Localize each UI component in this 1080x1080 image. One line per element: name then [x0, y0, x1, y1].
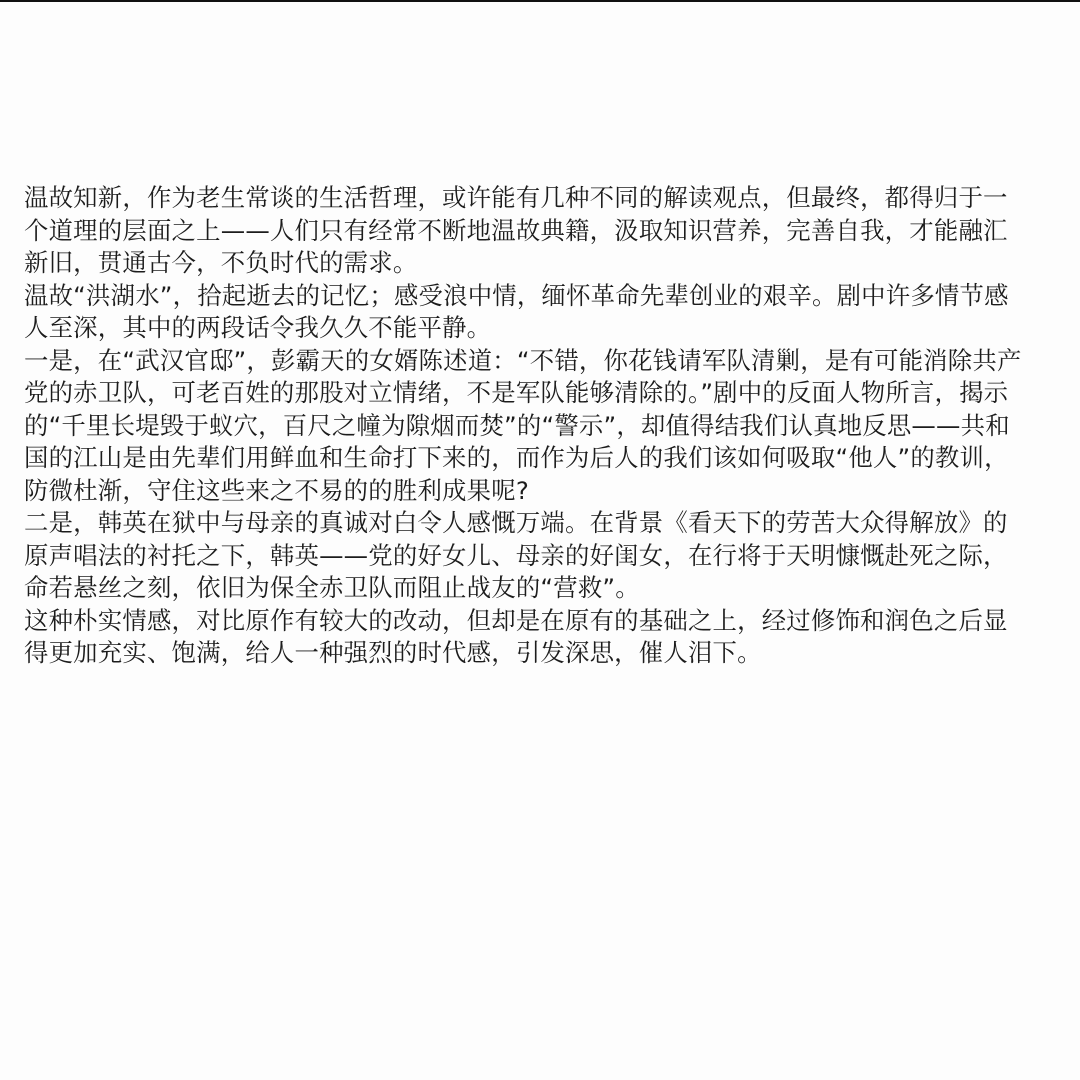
document-body: 温故知新，作为老生常谈的生活哲理，或许能有几种不同的解读观点，但最终，都得归于一… — [24, 182, 1064, 670]
text-line: 的“千里长堤毁于蚁穴，百尺之幢为隙烟而焚”的“警示”，却值得结我们认真地反思——… — [24, 410, 1064, 443]
text-line: 二是，韩英在狱中与母亲的真诚对白令人感慨万端。在背景《看天下的劳苦大众得解放》的 — [24, 507, 1064, 540]
text-line: 温故知新，作为老生常谈的生活哲理，或许能有几种不同的解读观点，但最终，都得归于一 — [24, 182, 1064, 215]
text-line: 人至深，其中的两段话令我久久不能平静。 — [24, 312, 1064, 345]
text-line: 命若悬丝之刻，依旧为保全赤卫队而阻止战友的“营救”。 — [24, 572, 1064, 605]
text-line: 这种朴实情感，对比原作有较大的改动，但却是在原有的基础之上，经过修饰和润色之后显 — [24, 605, 1064, 638]
text-line: 温故“洪湖水”，拾起逝去的记忆；感受浪中情，缅怀革命先辈创业的艰辛。剧中许多情节… — [24, 280, 1064, 313]
text-line: 党的赤卫队，可老百姓的那股对立情绪，不是军队能够清除的。”剧中的反面人物所言，揭… — [24, 377, 1064, 410]
top-border — [0, 0, 1080, 2]
text-line: 原声唱法的衬托之下，韩英——党的好女儿、母亲的好闺女，在行将于天明慷慨赴死之际， — [24, 540, 1064, 573]
text-line: 一是，在“武汉官邸”，彭霸天的女婿陈述道：“不错，你花钱请军队清剿，是有可能消除… — [24, 345, 1064, 378]
text-line: 新旧，贯通古今，不负时代的需求。 — [24, 247, 1064, 280]
text-line: 个道理的层面之上——人们只有经常不断地温故典籍，汲取知识营养，完善自我，才能融汇 — [24, 215, 1064, 248]
text-line: 得更加充实、饱满，给人一种强烈的时代感，引发深思，催人泪下。 — [24, 637, 1064, 670]
text-line: 国的江山是由先辈们用鲜血和生命打下来的，而作为后人的我们该如何吸取“他人”的教训… — [24, 442, 1064, 475]
text-line: 防微杜渐，守住这些来之不易的的胜利成果呢? — [24, 475, 1064, 508]
